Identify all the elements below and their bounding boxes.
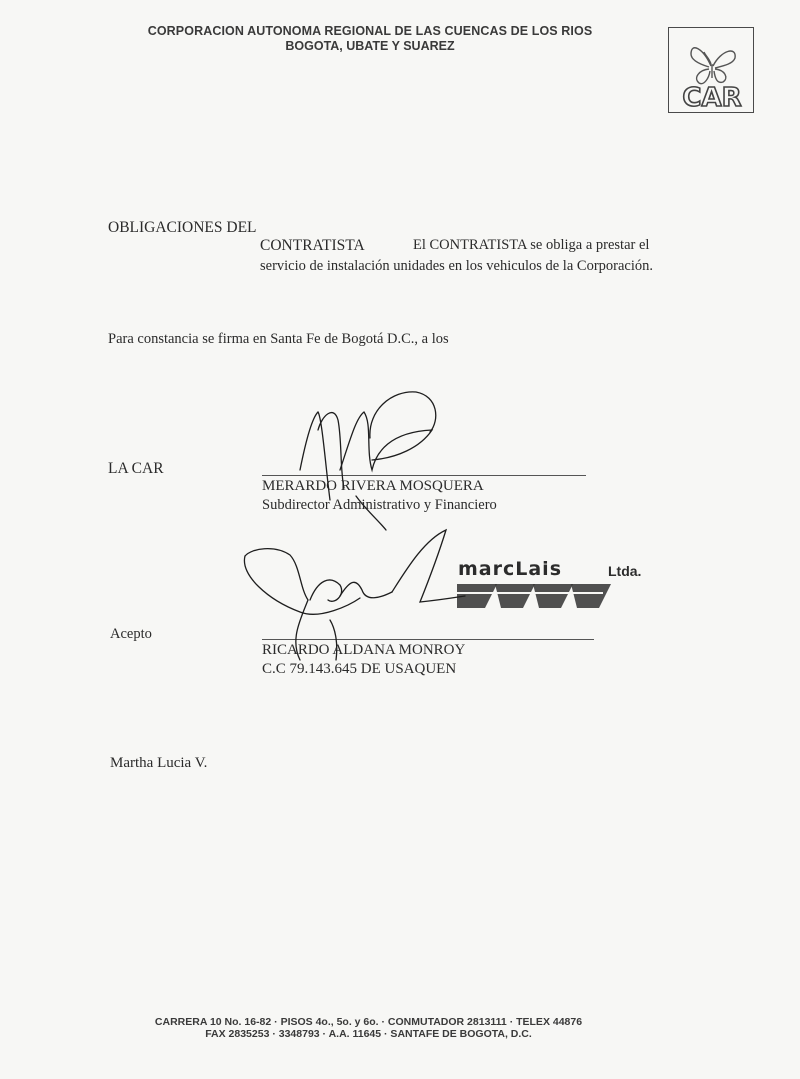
company-stamp-name: marcLais bbox=[458, 558, 562, 580]
butterfly-icon: CAR bbox=[669, 28, 755, 114]
footer-address-line2: FAX 2835253 · 3348793 · A.A. 11645 · SAN… bbox=[0, 1028, 737, 1040]
document-page: CORPORACION AUTONOMA REGIONAL DE LAS CUE… bbox=[0, 0, 800, 1079]
contractor-label: CONTRATISTA bbox=[260, 237, 365, 255]
obligation-text-line1: El CONTRATISTA se obliga a prestar el bbox=[413, 237, 649, 254]
party-label-car: LA CAR bbox=[108, 460, 164, 478]
signatory-id: C.C 79.143.645 DE USAQUEN bbox=[262, 661, 456, 678]
car-logo: CAR bbox=[668, 27, 754, 113]
signature-line bbox=[262, 475, 586, 476]
party-label-accept: Acepto bbox=[110, 626, 152, 643]
header-organization-name: CORPORACION AUTONOMA REGIONAL DE LAS CUE… bbox=[0, 24, 740, 38]
signing-statement: Para constancia se firma en Santa Fe de … bbox=[108, 331, 449, 348]
prepared-by-initials: Martha Lucia V. bbox=[110, 755, 207, 772]
signatory-name: RICARDO ALDANA MONROY bbox=[262, 642, 465, 659]
signatory-role: Subdirector Administrativo y Financiero bbox=[262, 497, 497, 514]
company-stamp-suffix: Ltda. bbox=[608, 563, 641, 579]
signature-line bbox=[262, 639, 594, 640]
signatory-name: MERARDO RIVERA MOSQUERA bbox=[262, 478, 484, 495]
svg-text:CAR: CAR bbox=[682, 83, 741, 113]
handwritten-signature bbox=[0, 0, 800, 1079]
obligations-heading: OBLIGACIONES DEL bbox=[108, 219, 257, 237]
obligation-text-line2: servicio de instalación unidades en los … bbox=[260, 258, 653, 275]
header-organization-region: BOGOTA, UBATE Y SUAREZ bbox=[0, 39, 740, 53]
footer-address-line1: CARRERA 10 No. 16-82 · PISOS 4o., 5o. y … bbox=[0, 1016, 737, 1028]
